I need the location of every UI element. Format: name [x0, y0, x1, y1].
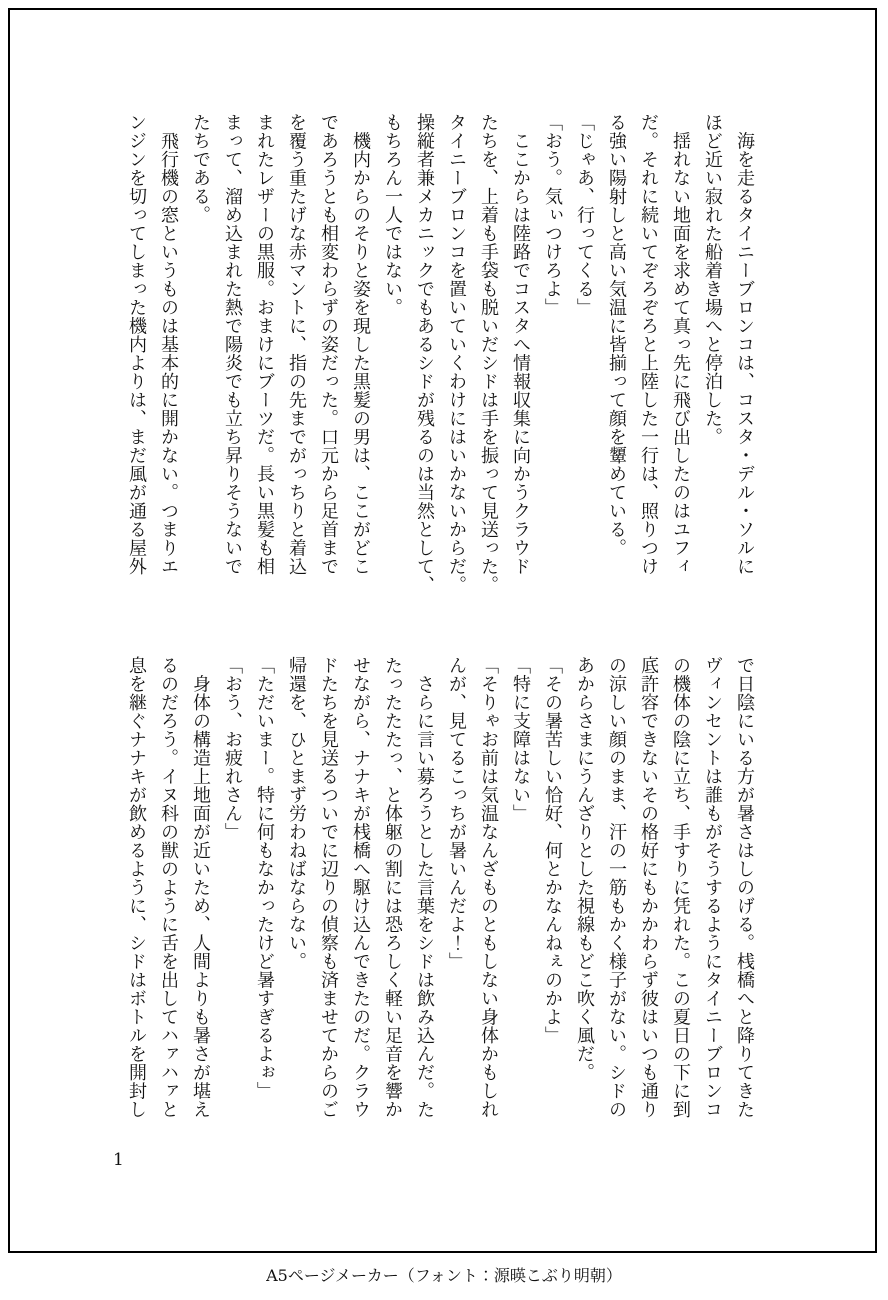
text-line: 帰還を、ひとまず労わねばならない。	[280, 656, 312, 1168]
text-line: まって、溜め込まれた熱で陽炎でも立ち昇りそうないで	[216, 113, 248, 625]
text-line: 「おう。気ぃつけろよ」	[536, 113, 568, 625]
text-line: ここからは陸路でコスタへ情報収集に向かうクラウド	[504, 113, 536, 625]
text-line: たちを、上着も手袋も脱いだシドは手を振って見送った。	[472, 113, 504, 625]
text-line: 「そりゃお前は気温なんざものともしない身体かもしれ	[472, 656, 504, 1168]
text-line: たったたたっ、と体躯の割には恐ろしく軽い足音を響か	[376, 656, 408, 1168]
lower-text-block: で日陰にいる方が暑さはしのげる。桟橋へと降りてきた ヴィンセントは誰もがそうする…	[120, 656, 760, 1168]
text-line: 「特に支障はない」	[504, 656, 536, 1168]
text-line: まれたレザーの黒服。おまけにブーツだ。長い黒髪も相	[248, 113, 280, 625]
text-line: の涼しい顔のまま、汗の一筋もかく様子がない。シドの	[600, 656, 632, 1168]
text-line: せながら、ナナキが桟橋へ駆け込んできたのだ。クラウ	[344, 656, 376, 1168]
text-line: 「おう、お疲れさん」	[216, 656, 248, 1168]
text-line: 息を継ぐナナキが飲めるように、シドはボトルを開封し	[120, 656, 152, 1168]
text-line: 身体の構造上地面が近いため、人間よりも暑さが堪え	[184, 656, 216, 1168]
text-line: 底許容できないその格好にもかかわらず彼はいつも通り	[632, 656, 664, 1168]
text-line: であろうとも相変わらずの姿だった。口元から足首まで	[312, 113, 344, 625]
text-line: 飛行機の窓というものは基本的に開かない。つまりエ	[152, 113, 184, 625]
text-line: んが、見てるこっちが暑いんだよ！」	[440, 656, 472, 1168]
footer-caption: A5ページメーカー（フォント：源暎こぶり明朝）	[0, 1263, 888, 1286]
text-line: 機内からのそりと姿を現した黒髪の男は、ここがどこ	[344, 113, 376, 625]
text-line: る強い陽射しと高い気温に皆揃って顔を顰めている。	[600, 113, 632, 625]
text-line: ンジンを切ってしまった機内よりは、まだ風が通る屋外	[120, 113, 152, 625]
text-line: だ。それに続いてぞろぞろと上陸した一行は、照りつけ	[632, 113, 664, 625]
text-line: を覆う重たげな赤マントに、指の先までがっちりと着込	[280, 113, 312, 625]
text-line: 揺れない地面を求めて真っ先に飛び出したのはユフィ	[664, 113, 696, 625]
text-line: 操縦者兼メカニックでもあるシドが残るのは当然として、	[408, 113, 440, 625]
text-line: 「ただいまー。特に何もなかったけど暑すぎるよぉ」	[248, 656, 280, 1168]
text-line: あからさまにうんざりとした視線もどこ吹く風だ。	[568, 656, 600, 1168]
page-number: 1	[113, 1150, 124, 1170]
novel-page: { "colors": { "background": "#ffffff", "…	[0, 0, 888, 1300]
text-line: タイニーブロンコを置いていくわけにはいかないからだ。	[440, 113, 472, 625]
text-line: の機体の陰に立ち、手すりに凭れた。この夏日の下に到	[664, 656, 696, 1168]
text-line: さらに言い募ろうとした言葉をシドは飲み込んだ。た	[408, 656, 440, 1168]
text-line: もちろん一人ではない。	[376, 113, 408, 625]
text-line: で日陰にいる方が暑さはしのげる。桟橋へと降りてきた	[728, 656, 760, 1168]
text-line: たちである。	[184, 113, 216, 625]
text-line: 海を走るタイニーブロンコは、コスタ・デル・ソルに	[728, 113, 760, 625]
text-line: ほど近い寂れた船着き場へと停泊した。	[696, 113, 728, 625]
text-line: るのだろう。イヌ科の獣のように舌を出してハァハァと	[152, 656, 184, 1168]
text-line: 「その暑苦しい恰好、何とかなんねぇのかよ」	[536, 656, 568, 1168]
text-line: ドたちを見送るついでに辺りの偵察も済ませてからのご	[312, 656, 344, 1168]
upper-text-block: 海を走るタイニーブロンコは、コスタ・デル・ソルに ほど近い寂れた船着き場へと停泊…	[120, 113, 760, 625]
text-line: 「じゃあ、行ってくる」	[568, 113, 600, 625]
text-line: ヴィンセントは誰もがそうするようにタイニーブロンコ	[696, 656, 728, 1168]
